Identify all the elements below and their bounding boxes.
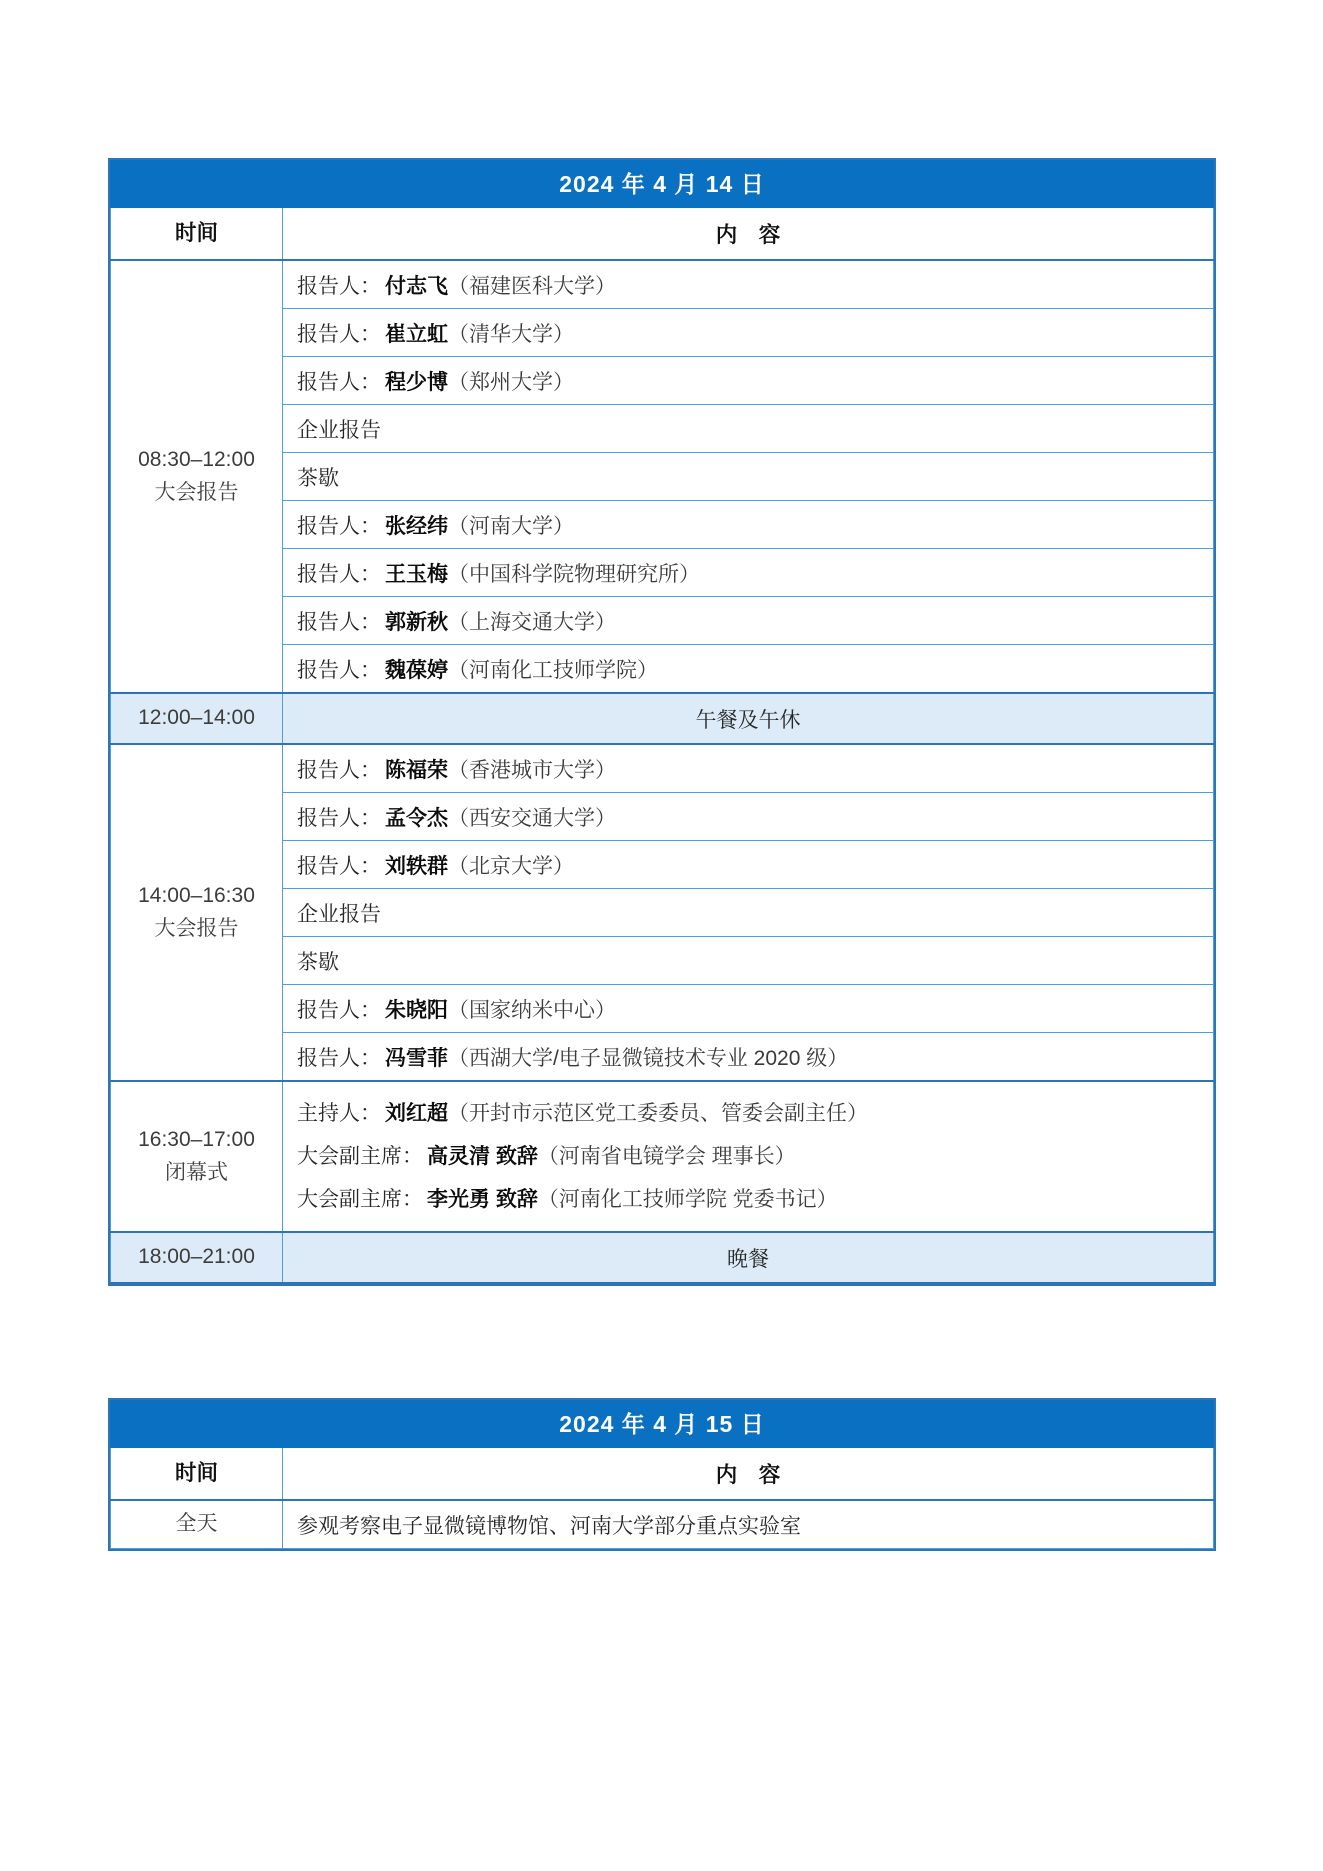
- closing-row: 16:30–17:00闭幕式主持人：刘红超（开封市示范区党工委委员、管委会副主任…: [111, 1081, 1214, 1232]
- speaker-name: 冯雪菲: [385, 1047, 448, 1070]
- time-cell: 12:00–14:00: [111, 693, 283, 744]
- speaker-name: 孟令杰: [385, 807, 448, 830]
- agenda-item-text: 企业报告: [297, 419, 381, 442]
- speaker-name: 高灵清 致辞: [427, 1145, 538, 1168]
- speaker-affiliation: （河南大学）: [448, 515, 574, 538]
- time-cell: 全天: [111, 1500, 283, 1549]
- agenda-content-cell: 茶歇: [283, 937, 1214, 985]
- agenda-content-cell: 茶歇: [283, 453, 1214, 501]
- agenda-content-cell: 报告人：郭新秋（上海交通大学）: [283, 597, 1214, 645]
- highlight-cell: 午餐及午休: [283, 693, 1214, 744]
- time-cell: 08:30–12:00大会报告: [111, 260, 283, 693]
- speaker-role-label: 报告人：: [297, 659, 381, 682]
- speaker-affiliation: （福建医科大学）: [448, 275, 616, 298]
- speaker-name: 朱晓阳: [385, 999, 448, 1022]
- speaker-role-label: 大会副主席：: [297, 1188, 423, 1211]
- time-cell: 14:00–16:30大会报告: [111, 744, 283, 1081]
- agenda-row: 全天参观考察电子显微镜博物馆、河南大学部分重点实验室: [111, 1500, 1214, 1549]
- speaker-name: 刘轶群: [385, 855, 448, 878]
- agenda-item-text: 茶歇: [297, 467, 339, 490]
- speaker-name: 崔立虹: [385, 323, 448, 346]
- closing-line: 大会副主席：李光勇 致辞（河南化工技师学院 党委书记）: [297, 1178, 1203, 1221]
- highlight-row: 12:00–14:00午餐及午休: [111, 693, 1214, 744]
- column-header-row: 时间内 容: [111, 208, 1214, 260]
- speaker-role-label: 报告人：: [297, 515, 381, 538]
- speaker-affiliation: （郑州大学）: [448, 371, 574, 394]
- schedule-grid: 时间内 容全天参观考察电子显微镜博物馆、河南大学部分重点实验室: [110, 1448, 1214, 1549]
- speaker-affiliation: （西安交通大学）: [448, 807, 616, 830]
- speaker-affiliation: （河南化工技师学院 党委书记）: [538, 1188, 838, 1211]
- time-cell: 18:00–21:00: [111, 1232, 283, 1283]
- agenda-content-cell: 报告人：朱晓阳（国家纳米中心）: [283, 985, 1214, 1033]
- agenda-item-text: 参观考察电子显微镜博物馆、河南大学部分重点实验室: [297, 1515, 801, 1538]
- schedule-tables-container: 2024 年 4 月 14 日时间内 容08:30–12:00大会报告报告人：付…: [108, 158, 1216, 1551]
- agenda-content-cell: 参观考察电子显微镜博物馆、河南大学部分重点实验室: [283, 1500, 1214, 1549]
- speaker-name: 付志飞: [385, 275, 448, 298]
- time-line: 16:30–17:00: [112, 1124, 281, 1157]
- speaker-role-label: 报告人：: [297, 1047, 381, 1070]
- schedule-grid: 时间内 容08:30–12:00大会报告报告人：付志飞（福建医科大学）报告人：崔…: [110, 208, 1214, 1284]
- speaker-role-label: 报告人：: [297, 807, 381, 830]
- agenda-content-cell: 报告人：刘轶群（北京大学）: [283, 841, 1214, 889]
- table-title: 2024 年 4 月 14 日: [110, 160, 1214, 208]
- speaker-affiliation: （北京大学）: [448, 855, 574, 878]
- closing-line: 大会副主席：高灵清 致辞（河南省电镜学会 理事长）: [297, 1135, 1203, 1178]
- speaker-name: 张经纬: [385, 515, 448, 538]
- highlight-row: 18:00–21:00晚餐: [111, 1232, 1214, 1283]
- agenda-content-cell: 企业报告: [283, 405, 1214, 453]
- speaker-role-label: 报告人：: [297, 323, 381, 346]
- time-line: 12:00–14:00: [112, 702, 281, 735]
- agenda-content-cell: 报告人：陈福荣（香港城市大学）: [283, 744, 1214, 793]
- closing-line: 主持人：刘红超（开封市示范区党工委委员、管委会副主任）: [297, 1092, 1203, 1135]
- agenda-content-cell: 报告人：崔立虹（清华大学）: [283, 309, 1214, 357]
- speaker-name: 郭新秋: [385, 611, 448, 634]
- schedule-table-apr15: 2024 年 4 月 15 日时间内 容全天参观考察电子显微镜博物馆、河南大学部…: [108, 1398, 1216, 1551]
- document-page: 2024 年 4 月 14 日时间内 容08:30–12:00大会报告报告人：付…: [0, 0, 1323, 1551]
- content-column-header: 内 容: [283, 208, 1214, 260]
- content-column-header: 内 容: [283, 1448, 1214, 1500]
- speaker-affiliation: （河南化工技师学院）: [448, 659, 658, 682]
- agenda-content-cell: 报告人：孟令杰（西安交通大学）: [283, 793, 1214, 841]
- speaker-affiliation: （香港城市大学）: [448, 759, 616, 782]
- speaker-role-label: 报告人：: [297, 855, 381, 878]
- table-title: 2024 年 4 月 15 日: [110, 1400, 1214, 1448]
- speaker-affiliation: （西湖大学/电子显微镜技术专业 2020 级）: [448, 1047, 848, 1070]
- time-line: 14:00–16:30: [112, 880, 281, 913]
- time-column-header: 时间: [111, 208, 283, 260]
- schedule-table-apr14: 2024 年 4 月 14 日时间内 容08:30–12:00大会报告报告人：付…: [108, 158, 1216, 1286]
- agenda-item-text: 企业报告: [297, 903, 381, 926]
- speaker-affiliation: （清华大学）: [448, 323, 574, 346]
- speaker-role-label: 报告人：: [297, 563, 381, 586]
- agenda-row: 14:00–16:30大会报告报告人：陈福荣（香港城市大学）: [111, 744, 1214, 793]
- time-cell: 16:30–17:00闭幕式: [111, 1081, 283, 1232]
- speaker-name: 魏葆婷: [385, 659, 448, 682]
- agenda-row: 08:30–12:00大会报告报告人：付志飞（福建医科大学）: [111, 260, 1214, 309]
- speaker-affiliation: （河南省电镜学会 理事长）: [538, 1145, 796, 1168]
- speaker-role-label: 大会副主席：: [297, 1145, 423, 1168]
- agenda-content-cell: 报告人：程少博（郑州大学）: [283, 357, 1214, 405]
- highlight-cell: 晚餐: [283, 1232, 1214, 1283]
- agenda-item-text: 茶歇: [297, 951, 339, 974]
- agenda-content-cell: 报告人：付志飞（福建医科大学）: [283, 260, 1214, 309]
- time-line: 大会报告: [112, 477, 281, 510]
- time-line: 大会报告: [112, 913, 281, 946]
- speaker-affiliation: （国家纳米中心）: [448, 999, 616, 1022]
- time-line: 18:00–21:00: [112, 1241, 281, 1274]
- speaker-role-label: 报告人：: [297, 759, 381, 782]
- speaker-role-label: 主持人：: [297, 1102, 381, 1125]
- speaker-name: 刘红超: [385, 1102, 448, 1125]
- speaker-affiliation: （中国科学院物理研究所）: [448, 563, 700, 586]
- column-header-row: 时间内 容: [111, 1448, 1214, 1500]
- speaker-role-label: 报告人：: [297, 275, 381, 298]
- time-line: 全天: [112, 1508, 281, 1541]
- speaker-role-label: 报告人：: [297, 371, 381, 394]
- speaker-name: 李光勇 致辞: [427, 1188, 538, 1211]
- time-line: 08:30–12:00: [112, 444, 281, 477]
- speaker-role-label: 报告人：: [297, 611, 381, 634]
- speaker-affiliation: （上海交通大学）: [448, 611, 616, 634]
- agenda-content-cell: 企业报告: [283, 889, 1214, 937]
- speaker-name: 王玉梅: [385, 563, 448, 586]
- speaker-name: 程少博: [385, 371, 448, 394]
- closing-content-cell: 主持人：刘红超（开封市示范区党工委委员、管委会副主任）大会副主席：高灵清 致辞（…: [283, 1081, 1214, 1232]
- speaker-affiliation: （开封市示范区党工委委员、管委会副主任）: [448, 1102, 868, 1125]
- agenda-content-cell: 报告人：冯雪菲（西湖大学/电子显微镜技术专业 2020 级）: [283, 1033, 1214, 1082]
- time-column-header: 时间: [111, 1448, 283, 1500]
- agenda-content-cell: 报告人：张经纬（河南大学）: [283, 501, 1214, 549]
- time-line: 闭幕式: [112, 1157, 281, 1190]
- agenda-content-cell: 报告人：王玉梅（中国科学院物理研究所）: [283, 549, 1214, 597]
- speaker-name: 陈福荣: [385, 759, 448, 782]
- agenda-content-cell: 报告人：魏葆婷（河南化工技师学院）: [283, 645, 1214, 694]
- speaker-role-label: 报告人：: [297, 999, 381, 1022]
